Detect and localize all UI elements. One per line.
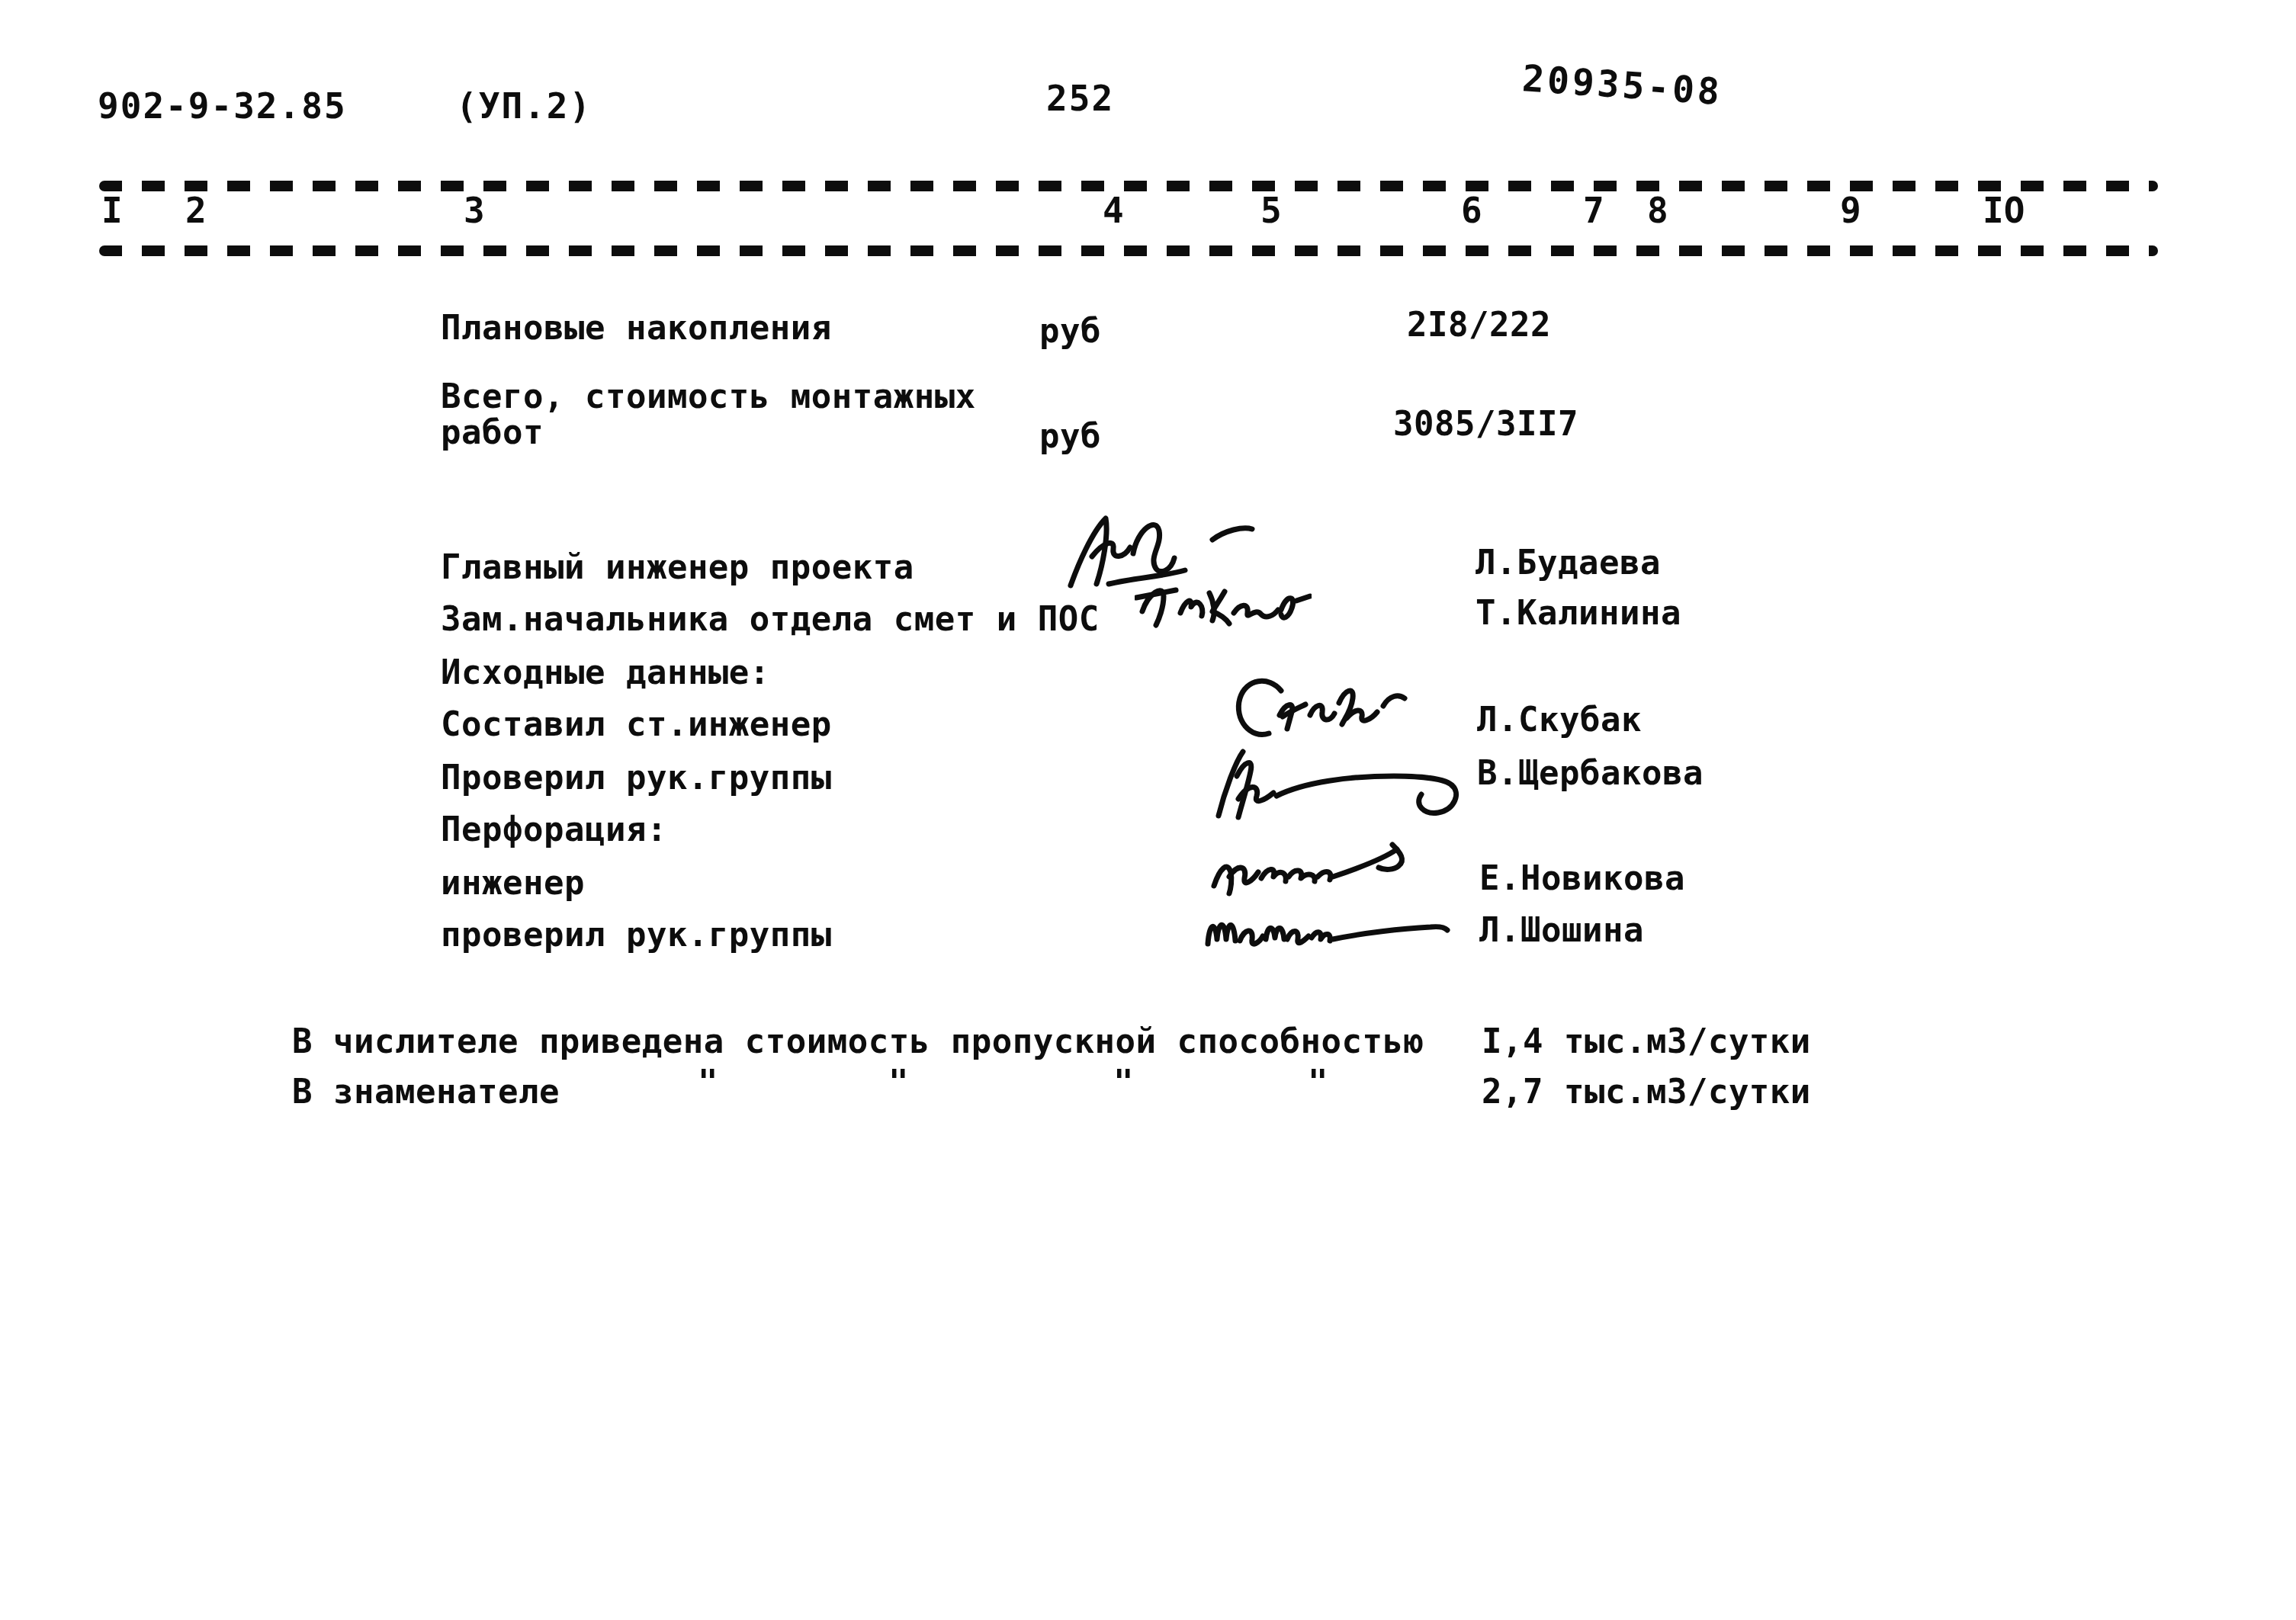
column-number-8: 8: [1647, 192, 1668, 229]
column-number-4: 4: [1103, 192, 1124, 229]
inventory-stamp: 20935-08: [1520, 59, 1723, 112]
role-compiled-by: Составил ст.инженер: [441, 707, 832, 743]
note-numerator-text: В числителе приведена стоимость пропускн…: [292, 1025, 1424, 1060]
column-number-7: 7: [1583, 192, 1604, 229]
row-label-line1: Всего, стоимость монтажных: [441, 380, 976, 415]
column-number-2: 2: [185, 192, 207, 229]
ditto-mark-2: ": [888, 1066, 909, 1101]
scanned-document-page: 902-9-32.85 (УП.2) 252 20935-08 I 2 3 4 …: [0, 0, 2296, 1620]
column-number-6: 6: [1461, 192, 1482, 229]
ditto-mark-3: ": [1113, 1066, 1134, 1101]
name-budaeva: Л.Будаева: [1476, 546, 1661, 581]
table-bottom-rule: [99, 245, 2158, 256]
name-novikova: Е.Новикова: [1479, 861, 1685, 897]
ditto-mark-1: ": [698, 1066, 718, 1101]
signature-shcherbakova: [1209, 746, 1472, 822]
role-checked-by-2: проверил рук.группы: [441, 918, 832, 953]
role-engineer: инженер: [441, 866, 585, 901]
row-value: 3085/3II7: [1393, 407, 1578, 442]
column-number-5: 5: [1260, 192, 1282, 229]
row-unit: руб: [1039, 314, 1101, 349]
label-perforation: Перфорация:: [441, 813, 667, 848]
signature-novikova: [1209, 837, 1461, 903]
signature-kalinina: [1135, 576, 1312, 631]
label-source-data: Исходные данные:: [441, 656, 770, 691]
name-kalinina: Т.Калинина: [1476, 596, 1681, 631]
page-number: 252: [1046, 80, 1114, 117]
column-number-10: IO: [1983, 192, 2025, 229]
role-deputy-head: Зам.начальника отдела смет и ПОС: [441, 602, 1100, 637]
row-label: Плановые накопления: [441, 311, 832, 346]
signature-shoshina: [1202, 904, 1453, 951]
column-number-9: 9: [1840, 192, 1861, 229]
ditto-mark-4: ": [1308, 1066, 1328, 1101]
row-label-line2: работ: [441, 415, 544, 451]
note-denominator-value: 2,7 тыс.м3/сутки: [1482, 1075, 1811, 1110]
note-denominator-text: В знаменателе: [292, 1075, 560, 1110]
column-number-3: 3: [464, 192, 485, 229]
name-skubak: Л.Скубак: [1477, 703, 1642, 738]
role-checked-by: Проверил рук.группы: [441, 761, 832, 796]
row-unit: руб: [1039, 419, 1101, 454]
signature-skubak: [1232, 671, 1409, 753]
note-numerator-value: I,4 тыс.м3/сутки: [1482, 1025, 1811, 1060]
role-chief-engineer: Главный инженер проекта: [441, 550, 914, 585]
column-number-1: I: [101, 192, 123, 229]
doc-code: 902-9-32.85: [98, 88, 347, 124]
row-value: 2I8/222: [1407, 308, 1551, 343]
doc-series: (УП.2): [456, 88, 592, 124]
name-shoshina: Л.Шошина: [1479, 913, 1644, 948]
name-shcherbakova: В.Щербакова: [1477, 756, 1704, 791]
